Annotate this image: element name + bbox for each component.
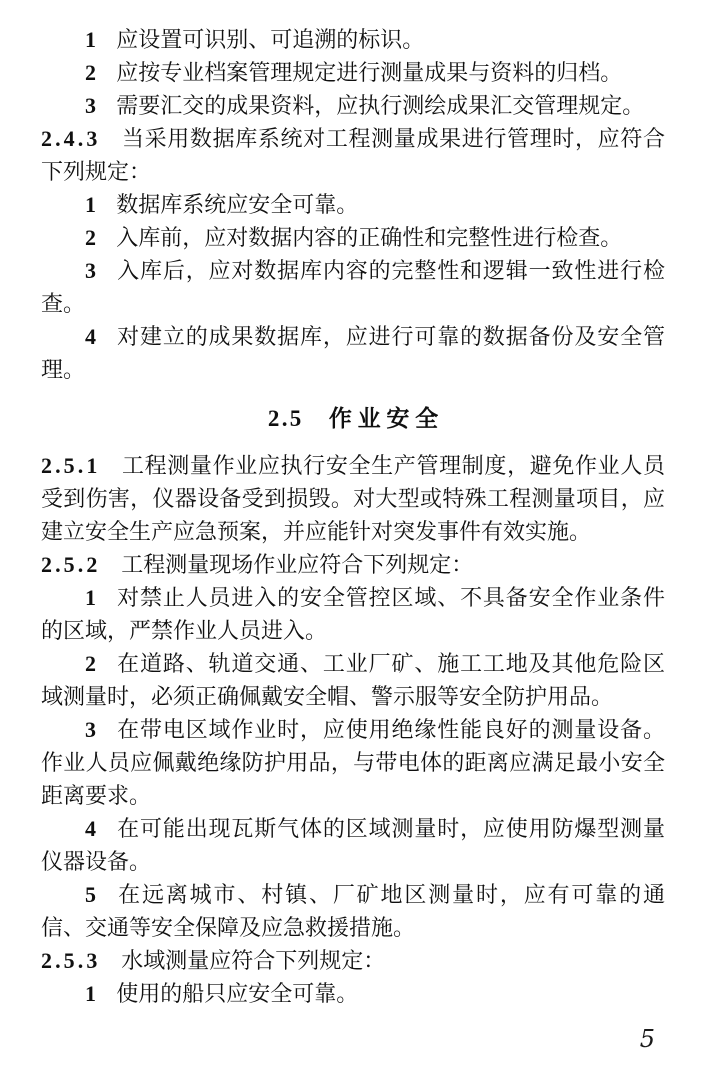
clause-paragraph: 2.4.3当采用数据库系统对工程测量成果进行管理时，应符合下列规定：: [41, 122, 665, 188]
item-number: 5: [85, 882, 116, 907]
clause-paragraph: 2.5.2工程测量现场作业应符合下列规定：: [41, 548, 665, 581]
paragraph-text: 工程测量作业应执行安全生产管理制度，避免作业人员受到伤害，仪器设备受到损毁。对大…: [41, 453, 665, 544]
paragraph-text: 使用的船只应安全可靠。: [116, 981, 358, 1006]
paragraph-text: 在远离城市、村镇、厂矿地区测量时，应有可靠的通信、交通等安全保障及应急救援措施。: [41, 882, 665, 940]
list-item-paragraph: 4在可能出现瓦斯气体的区域测量时，应使用防爆型测量仪器设备。: [41, 812, 665, 878]
list-item-paragraph: 1对禁止人员进入的安全管控区域、不具备安全作业条件的区域，严禁作业人员进入。: [41, 581, 665, 647]
item-number: 2.5.3: [41, 948, 121, 973]
paragraph-text: 在道路、轨道交通、工业厂矿、施工工地及其他危险区域测量时，必须正确佩戴安全帽、警…: [41, 651, 665, 709]
item-number: 3: [85, 717, 116, 742]
document-body: 1应设置可识别、可追溯的标识。2应按专业档案管理规定进行测量成果与资料的归档。3…: [41, 23, 665, 1010]
paragraph-text: 水域测量应符合下列规定：: [121, 948, 385, 973]
paragraph-text: 工程测量现场作业应符合下列规定：: [121, 552, 473, 577]
item-number: 4: [85, 324, 116, 349]
paragraph-text: 需要汇交的成果资料，应执行测绘成果汇交管理规定。: [116, 93, 644, 118]
list-item-paragraph: 1使用的船只应安全可靠。: [41, 977, 665, 1010]
list-item-paragraph: 2在道路、轨道交通、工业厂矿、施工工地及其他危险区域测量时，必须正确佩戴安全帽、…: [41, 647, 665, 713]
item-number: 1: [85, 585, 116, 610]
section-number: 2.5: [268, 406, 329, 431]
paragraph-text: 在可能出现瓦斯气体的区域测量时，应使用防爆型测量仪器设备。: [41, 816, 665, 874]
list-item-paragraph: 3入库后，应对数据库内容的完整性和逻辑一致性进行检查。: [41, 254, 665, 320]
list-item-paragraph: 1应设置可识别、可追溯的标识。: [41, 23, 665, 56]
item-number: 2: [85, 225, 116, 250]
paragraph-text: 入库后，应对数据库内容的完整性和逻辑一致性进行检查。: [41, 258, 665, 316]
item-number: 1: [85, 192, 116, 217]
item-number: 2.4.3: [41, 126, 121, 151]
item-number: 2.5.1: [41, 453, 121, 478]
item-number: 2.5.2: [41, 552, 121, 577]
item-number: 2: [85, 651, 116, 676]
list-item-paragraph: 5在远离城市、村镇、厂矿地区测量时，应有可靠的通信、交通等安全保障及应急救援措施…: [41, 878, 665, 944]
clause-paragraph: 2.5.1工程测量作业应执行安全生产管理制度，避免作业人员受到伤害，仪器设备受到…: [41, 449, 665, 548]
item-number: 1: [85, 981, 116, 1006]
paragraph-text: 应按专业档案管理规定进行测量成果与资料的归档。: [116, 60, 622, 85]
clause-paragraph: 2.5.3水域测量应符合下列规定：: [41, 944, 665, 977]
item-number: 2: [85, 60, 116, 85]
item-number: 3: [85, 93, 116, 118]
section-heading: 2.5作 业 安 全: [41, 402, 665, 436]
list-item-paragraph: 1数据库系统应安全可靠。: [41, 188, 665, 221]
paragraph-text: 数据库系统应安全可靠。: [116, 192, 358, 217]
paragraph-text: 对建立的成果数据库，应进行可靠的数据备份及安全管理。: [41, 324, 665, 382]
item-number: 3: [85, 258, 116, 283]
paragraph-text: 在带电区域作业时，应使用绝缘性能良好的测量设备。作业人员应佩戴绝缘防护用品，与带…: [41, 717, 665, 808]
item-number: 1: [85, 27, 116, 52]
section-title: 作 业 安 全: [329, 406, 438, 431]
list-item-paragraph: 3需要汇交的成果资料，应执行测绘成果汇交管理规定。: [41, 89, 665, 122]
item-number: 4: [85, 816, 116, 841]
list-item-paragraph: 2应按专业档案管理规定进行测量成果与资料的归档。: [41, 56, 665, 89]
document-page: 1应设置可识别、可追溯的标识。2应按专业档案管理规定进行测量成果与资料的归档。3…: [0, 0, 721, 1081]
list-item-paragraph: 4对建立的成果数据库，应进行可靠的数据备份及安全管理。: [41, 320, 665, 386]
paragraph-text: 入库前，应对数据内容的正确性和完整性进行检查。: [116, 225, 622, 250]
list-item-paragraph: 2入库前，应对数据内容的正确性和完整性进行检查。: [41, 221, 665, 254]
paragraph-text: 应设置可识别、可追溯的标识。: [116, 27, 424, 52]
paragraph-text: 对禁止人员进入的安全管控区域、不具备安全作业条件的区域，严禁作业人员进入。: [41, 585, 665, 643]
page-number: 5: [640, 1027, 655, 1051]
paragraph-text: 当采用数据库系统对工程测量成果进行管理时，应符合下列规定：: [41, 126, 665, 184]
list-item-paragraph: 3在带电区域作业时，应使用绝缘性能良好的测量设备。作业人员应佩戴绝缘防护用品，与…: [41, 713, 665, 812]
